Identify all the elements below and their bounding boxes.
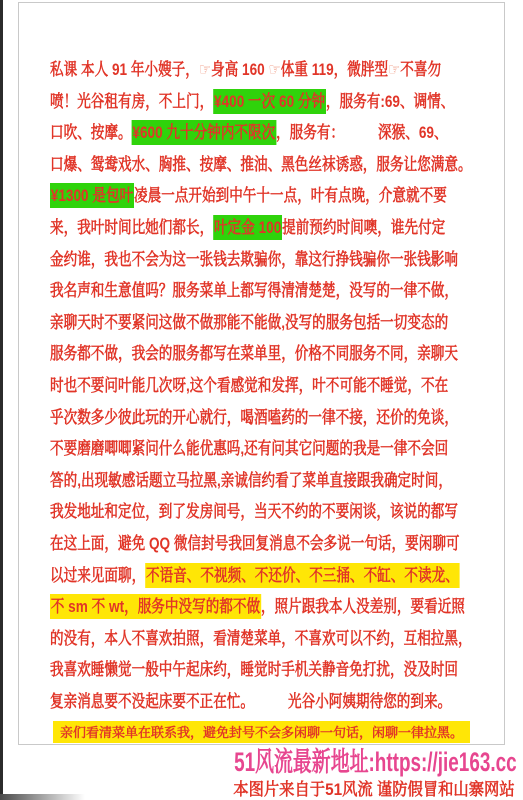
site-label: 51风流最新地址: xyxy=(234,747,375,777)
text-segment: 我喜欢睡懒觉一般中午起床约，睡觉时手机关静音免打扰，没及时回 xyxy=(50,660,458,679)
text-line: 在这上面，避免 QQ 微信封号我回复消息不会多说一句话，要闲聊可 xyxy=(50,528,486,560)
text-line: 乎次数多少彼此玩的开心就行，喝酒嗑药的一律不接，还价的免谈， xyxy=(50,402,486,434)
site-url: https://jie163.cc xyxy=(375,747,517,777)
text-segment: 口爆、鸳鸯戏水、胸推、按摩、推油、黑色丝袜诱惑，服务让您满意。 xyxy=(50,155,472,174)
text-line: 口吹、按摩。¥600 九十分钟内不限次，服务有： 深猴、69、 xyxy=(50,117,486,149)
text-segment: 答的,出现敏感话题立马拉黑,亲诚信约看了菜单直接跟我确定时间， xyxy=(50,471,452,490)
text-segment: 叶定金 100 xyxy=(213,215,282,240)
notice-line: 亲们看清菜单在联系我，避免封号不会多闲聊一句话，闲聊一律拉黑。 xyxy=(0,722,523,743)
text-segment: 我发地址和定位，到了发房间号，当天不约的不要闲谈，该说的都写 xyxy=(50,502,458,521)
text-segment: 来，我叶时间比她们都长， xyxy=(50,218,213,237)
notice-text: 亲们看清菜单在联系我，避免封号不会多闲聊一句话，闲聊一律拉黑。 xyxy=(53,721,470,743)
text-segment: 不 sm 不 wt，服务中没写的都不做 xyxy=(50,594,261,619)
text-segment: 体重 119，微胖型 xyxy=(281,60,388,79)
text-line: 金约谁，我也不会为这一张钱去欺骗你，靠这行挣钱骗你一张钱影响 xyxy=(50,244,486,276)
text-line: 以过来见面聊，不语音、不视频、不还价、不三捅、不缸、不读龙、 xyxy=(50,560,486,592)
text-line: 口爆、鸳鸯戏水、胸推、按摩、推油、黑色丝袜诱惑，服务让您满意。 xyxy=(50,149,486,181)
photo-left-edge-artifact xyxy=(0,0,3,800)
text-segment: 不要磨磨唧唧紧问什么能优惠吗,还有问其它问题的我是一律不会回 xyxy=(50,439,448,458)
text-line: 私课 本人 91 年小嫂子，☞身高 160 ☞体重 119，微胖型☞不喜勿 xyxy=(50,54,486,86)
text-segment: ¥600 九十分钟内不限次 xyxy=(132,120,276,145)
text-segment: 金约谁，我也不会为这一张钱去欺骗你，靠这行挣钱骗你一张钱影响 xyxy=(50,250,458,269)
text-segment: ¥400 一次 60 分钟 xyxy=(213,89,326,114)
text-segment: 凌晨一点开始到中午十一点，叶有点晚，介意就不要 xyxy=(134,186,447,205)
text-segment: 复亲消息要不没起床要不正在忙。 光谷小阿姨期待您的到来。 xyxy=(50,692,451,711)
text-line: 不 sm 不 wt，服务中没写的都不做，照片跟我本人没差别，要看近照 xyxy=(50,591,486,623)
text-line: 我名声和生意值吗？服务菜单上都写得清清楚楚，没写的一律不做， xyxy=(50,275,486,307)
text-segment: 亲聊天时不要紧问这做不做那能不能做,没写的服务包括一切变态的 xyxy=(50,313,448,332)
text-segment: 我名声和生意值吗？服务菜单上都写得清清楚楚，没写的一律不做， xyxy=(50,281,458,300)
text-segment: 口吹、按摩。 xyxy=(50,123,132,142)
text-segment: 身高 160 xyxy=(211,60,268,79)
photo-bottom-edge-artifact xyxy=(0,794,85,800)
text-segment: 的没有，本人不喜欢拍照，看清楚菜单，不喜欢可以不约，互相拉黑， xyxy=(50,629,472,648)
text-segment: 私课 本人 91 年小嫂子， xyxy=(50,60,199,79)
text-segment: 喷！光谷租有房，不上门， xyxy=(50,92,213,111)
disclaimer-text: 本图片来自于51风流 谨防假冒和山寨网站 xyxy=(234,779,515,800)
text-line: 答的,出现敏感话题立马拉黑,亲诚信约看了菜单直接跟我确定时间， xyxy=(50,465,486,497)
text-segment: ，服务有:69、调情、 xyxy=(326,92,454,111)
text-segment: ，服务有： 深猴、69、 xyxy=(276,123,448,142)
text-line: 复亲消息要不没起床要不正在忙。 光谷小阿姨期待您的到来。 xyxy=(50,686,486,718)
text-line: 我发地址和定位，到了发房间号，当天不约的不要闲谈，该说的都写 xyxy=(50,496,486,528)
text-line: 亲聊天时不要紧问这做不做那能不能做,没写的服务包括一切变态的 xyxy=(50,307,486,339)
pointing-finger-icon: ☞ xyxy=(388,60,400,79)
text-line: 来，我叶时间比她们都长，叶定金 100提前预约时间噢，谁先付定 xyxy=(50,212,486,244)
text-line: 时也不要问叶能几次呀,这个看感觉和发挥，叶不可能不睡觉，不在 xyxy=(50,370,486,402)
ad-body-text: 私课 本人 91 年小嫂子，☞身高 160 ☞体重 119，微胖型☞不喜勿喷！光… xyxy=(50,54,486,717)
text-segment: 不喜勿 xyxy=(400,60,441,79)
text-line: ¥1300 是包叶凌晨一点开始到中午十一点，叶有点晚，介意就不要 xyxy=(50,180,486,212)
text-segment: 在这上面，避免 QQ 微信封号我回复消息不会多说一句话，要闲聊可 xyxy=(50,534,460,553)
text-line: 喷！光谷租有房，不上门，¥400 一次 60 分钟，服务有:69、调情、 xyxy=(50,86,486,118)
pointing-finger-icon: ☞ xyxy=(269,60,281,79)
text-segment: ，照片跟我本人没差别，要看近照 xyxy=(261,597,465,616)
text-segment: ¥1300 是包叶 xyxy=(50,183,134,208)
text-segment: 不语音、不视频、不还价、不三捅、不缸、不读龙、 xyxy=(145,563,459,588)
pointing-finger-icon: ☞ xyxy=(199,60,211,79)
text-line: 不要磨磨唧唧紧问什么能优惠吗,还有问其它问题的我是一律不会回 xyxy=(50,433,486,465)
text-line: 服务都不做，我会的服务都写在菜单里，价格不同服务不同，亲聊天 xyxy=(50,338,486,370)
text-segment: 时也不要问叶能几次呀,这个看感觉和发挥，叶不可能不睡觉，不在 xyxy=(50,376,448,395)
text-segment: 提前预约时间噢，谁先付定 xyxy=(282,218,445,237)
text-line: 我喜欢睡懒觉一般中午起床约，睡觉时手机关静音免打扰，没及时回 xyxy=(50,654,486,686)
site-address-line: 51风流最新地址:https://jie163.cc xyxy=(234,747,517,778)
text-segment: 乎次数多少彼此玩的开心就行，喝酒嗑药的一律不接，还价的免谈， xyxy=(50,408,458,427)
text-segment: 服务都不做，我会的服务都写在菜单里，价格不同服务不同，亲聊天 xyxy=(50,344,458,363)
text-segment: 以过来见面聊， xyxy=(50,566,145,585)
text-line: 的没有，本人不喜欢拍照，看清楚菜单，不喜欢可以不约，互相拉黑， xyxy=(50,623,486,655)
